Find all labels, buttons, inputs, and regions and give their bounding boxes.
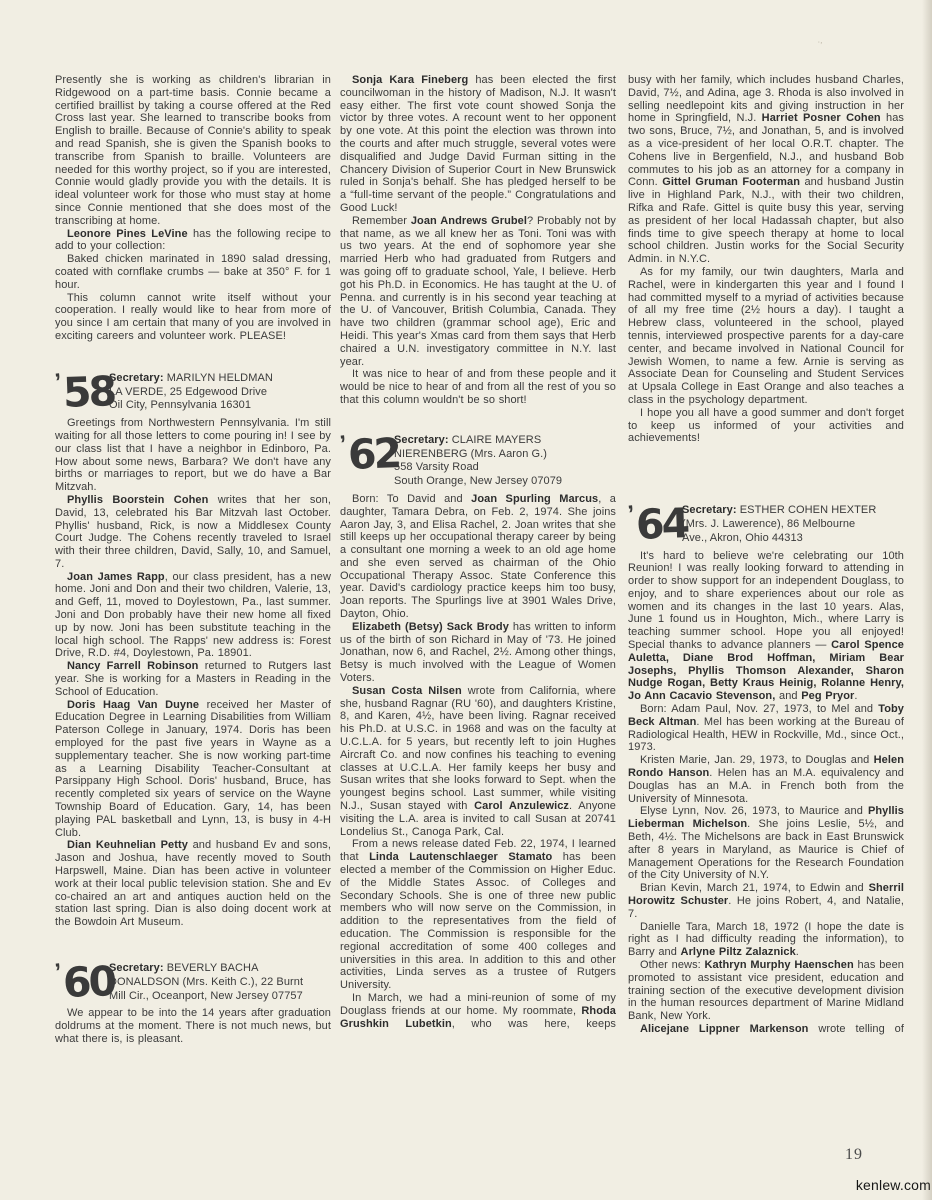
secretary-line: (Mrs. J. Lawerence), 86 Melbourne xyxy=(682,518,876,532)
paragraph: Baked chicken marinated in 1890 salad dr… xyxy=(55,253,331,291)
person-name: Carol Anzulewicz xyxy=(474,800,569,812)
body-text: Kristen Marie, Jan. 29, 1973, to Douglas… xyxy=(640,754,874,766)
secretary-address: Secretary: BEVERLY BACHADONALDSON (Mrs. … xyxy=(109,959,303,1003)
body-text: received her Master of Education Degree … xyxy=(55,699,331,839)
paragraph: Remember Joan Andrews Grubel? Probably n… xyxy=(340,215,616,369)
body-text: South Orange, New Jersey 07079 xyxy=(394,475,562,487)
secretary-address: Secretary: CLAIRE MAYERSNIERENBERG (Mrs.… xyxy=(394,431,562,489)
paragraph: Nancy Farrell Robinson returned to Rutge… xyxy=(55,660,331,698)
page-number: 19 xyxy=(845,1146,863,1164)
paragraph: As for my family, our twin daughters, Ma… xyxy=(628,266,904,407)
paragraph: Brian Kevin, March 21, 1974, to Edwin an… xyxy=(628,882,904,920)
person-name: Kathryn Murphy Haenschen xyxy=(705,959,854,971)
body-text: and husband Justin live in Highland Park… xyxy=(628,176,904,265)
person-name: Dian Keuhnelian Petty xyxy=(67,839,188,851)
secretary-line: LA VERDE, 25 Edgewood Drive xyxy=(109,386,273,400)
body-text: Mill Cir., Oceanport, New Jersey 07757 xyxy=(109,990,303,1002)
watermark: kenlew.com xyxy=(856,1177,931,1193)
person-name: Secretary: xyxy=(394,434,449,446)
person-name: Elizabeth (Betsy) Sack Brody xyxy=(352,621,509,633)
person-name: Joan James Rapp xyxy=(67,571,165,583)
body-text: has been elected the first councilwoman … xyxy=(340,74,616,214)
person-name: Secretary: xyxy=(109,372,164,384)
class-year-numeral: ’60 xyxy=(55,959,109,1001)
body-text: Born: To David and xyxy=(352,493,471,505)
paragraph: Greetings from Northwestern Pennsylvania… xyxy=(55,417,331,494)
paragraph: We appear to be into the 14 years after … xyxy=(55,1007,331,1045)
secretary-line: Ave., Akron, Ohio 44313 xyxy=(682,532,876,546)
paragraph: Born: Adam Paul, Nov. 27, 1973, to Mel a… xyxy=(628,703,904,754)
body-text: BEVERLY BACHA xyxy=(164,962,259,974)
paragraph: Susan Costa Nilsen wrote from California… xyxy=(340,685,616,839)
paragraph: Other news: Kathryn Murphy Haenschen has… xyxy=(628,959,904,1023)
body-text: (Mrs. J. Lawerence), 86 Melbourne xyxy=(682,518,855,530)
secretary-line: 558 Varsity Road xyxy=(394,461,562,475)
year-digits: 62 xyxy=(347,434,399,474)
paragraph: Doris Haag Van Duyne received her Master… xyxy=(55,699,331,840)
paragraph: Presently she is working as children's l… xyxy=(55,74,331,228)
body-text: and xyxy=(775,690,801,702)
paragraph: Danielle Tara, March 18, 1972 (I hope th… xyxy=(628,921,904,959)
paragraph: Joan James Rapp, our class president, ha… xyxy=(55,571,331,661)
body-text: Born: Adam Paul, Nov. 27, 1973, to Mel a… xyxy=(640,703,878,715)
person-name: Doris Haag Van Duyne xyxy=(67,699,199,711)
paragraph: I hope you all have a good summer and do… xyxy=(628,407,904,445)
paragraph: Kristen Marie, Jan. 29, 1973, to Douglas… xyxy=(628,754,904,805)
person-name: Joan Andrews Grubel xyxy=(411,215,527,227)
person-name: Secretary: xyxy=(109,962,164,974)
person-name: Nancy Farrell Robinson xyxy=(67,660,198,672)
body-text: wrote telling of xyxy=(808,1023,904,1035)
body-text: MARILYN HELDMAN xyxy=(164,372,273,384)
text-column-2: Sonja Kara Fineberg has been elected the… xyxy=(340,74,616,1030)
year-digits: 60 xyxy=(62,962,114,1002)
text-column-1: Presently she is working as children's l… xyxy=(55,74,331,1046)
person-name: Harriet Posner Cohen xyxy=(762,112,881,124)
class-year-numeral: ’64 xyxy=(628,501,682,543)
paragraph: Born: To David and Joan Spurling Marcus,… xyxy=(340,493,616,621)
class-year-section: ’64Secretary: ESTHER COHEN HEXTER(Mrs. J… xyxy=(628,501,904,545)
secretary-line: Secretary: CLAIRE MAYERS xyxy=(394,434,562,448)
body-text: Brian Kevin, March 21, 1974, to Edwin an… xyxy=(640,882,869,894)
paragraph: Phyllis Boorstein Cohen writes that her … xyxy=(55,494,331,571)
secretary-line: Secretary: ESTHER COHEN HEXTER xyxy=(682,504,876,518)
body-text: wrote from California, where she, husban… xyxy=(340,685,616,812)
body-text: Other news: xyxy=(640,959,705,971)
secretary-line: NIERENBERG (Mrs. Aaron G.) xyxy=(394,448,562,462)
body-text: , a daughter, Tamara Debra, on Feb. 2, 1… xyxy=(340,493,616,620)
paragraph: From a news release dated Feb. 22, 1974,… xyxy=(340,838,616,992)
body-text: Oil City, Pennsylvania 16301 xyxy=(109,399,251,411)
person-name: Peg Pryor xyxy=(801,690,854,702)
person-name: Gittel Gruman Footerman xyxy=(662,176,800,188)
body-text: It was nice to hear of and from these pe… xyxy=(340,368,616,406)
body-text: , our class president, has a new home. J… xyxy=(55,571,331,660)
person-name: Secretary: xyxy=(682,504,737,516)
secretary-line: Oil City, Pennsylvania 16301 xyxy=(109,399,273,413)
body-text: Ave., Akron, Ohio 44313 xyxy=(682,532,803,544)
body-text: This column cannot write itself without … xyxy=(55,292,331,342)
body-text: Elyse Lynn, Nov. 26, 1973, to Maurice an… xyxy=(640,805,868,817)
body-text: Remember xyxy=(352,215,411,227)
body-text: We appear to be into the 14 years after … xyxy=(55,1007,331,1045)
text-column-3: busy with her family, which includes hus… xyxy=(628,74,904,1036)
class-year-numeral: ’58 xyxy=(55,369,109,411)
person-name: Leonore Pines LeVine xyxy=(67,228,188,240)
class-year-section: ’60Secretary: BEVERLY BACHADONALDSON (Mr… xyxy=(55,959,331,1003)
paragraph: Leonore Pines LeVine has the following r… xyxy=(55,228,331,254)
body-text: Greetings from Northwestern Pennsylvania… xyxy=(55,417,331,493)
person-name: Alicejane Lippner Markenson xyxy=(640,1023,808,1035)
secretary-line: Secretary: BEVERLY BACHA xyxy=(109,962,303,976)
body-text: Baked chicken marinated in 1890 salad dr… xyxy=(55,253,331,291)
body-text: . xyxy=(854,690,857,702)
secretary-line: South Orange, New Jersey 07079 xyxy=(394,475,562,489)
body-text: NIERENBERG (Mrs. Aaron G.) xyxy=(394,448,547,460)
class-year-section: ’58Secretary: MARILYN HELDMANLA VERDE, 2… xyxy=(55,369,331,413)
scan-smudge: ., xyxy=(817,34,835,47)
secretary-address: Secretary: MARILYN HELDMANLA VERDE, 25 E… xyxy=(109,369,273,413)
body-text: In March, we had a mini-reunion of some … xyxy=(340,992,616,1017)
person-name: Phyllis Boorstein Cohen xyxy=(67,494,208,506)
class-year-numeral: ’62 xyxy=(340,431,394,473)
body-text: 558 Varsity Road xyxy=(394,461,479,473)
body-text: Presently she is working as children's l… xyxy=(55,74,331,227)
paragraph: Elizabeth (Betsy) Sack Brody has written… xyxy=(340,621,616,685)
paragraph: Elyse Lynn, Nov. 26, 1973, to Maurice an… xyxy=(628,805,904,882)
body-text: It's hard to believe we're celebrating o… xyxy=(628,550,904,652)
year-digits: 64 xyxy=(635,504,687,544)
body-text: , who was here, keeps xyxy=(452,1018,616,1030)
person-name: Sonja Kara Fineberg xyxy=(352,74,468,86)
body-text: CLAIRE MAYERS xyxy=(449,434,542,446)
scan-edge-shadow xyxy=(922,0,932,1200)
paragraph: Alicejane Lippner Markenson wrote tellin… xyxy=(628,1023,904,1036)
secretary-line: Mill Cir., Oceanport, New Jersey 07757 xyxy=(109,990,303,1004)
secretary-address: Secretary: ESTHER COHEN HEXTER(Mrs. J. L… xyxy=(682,501,876,545)
paragraph: In March, we had a mini-reunion of some … xyxy=(340,992,616,1030)
person-name: Susan Costa Nilsen xyxy=(352,685,462,697)
body-text: I hope you all have a good summer and do… xyxy=(628,407,904,445)
body-text: LA VERDE, 25 Edgewood Drive xyxy=(109,386,267,398)
year-digits: 58 xyxy=(62,372,114,412)
person-name: Arlyne Piltz Zalaznick xyxy=(681,946,796,958)
paragraph: Sonja Kara Fineberg has been elected the… xyxy=(340,74,616,215)
paragraph: Dian Keuhnelian Petty and husband Ev and… xyxy=(55,839,331,929)
body-text: and husband Ev and sons, Jason and Joshu… xyxy=(55,839,331,928)
body-text: ? Probably not by that name, as we all k… xyxy=(340,215,616,368)
body-text: ESTHER COHEN HEXTER xyxy=(737,504,877,516)
body-text: . xyxy=(796,946,799,958)
paragraph: It was nice to hear of and from these pe… xyxy=(340,368,616,406)
paragraph: busy with her family, which includes hus… xyxy=(628,74,904,266)
paragraph: It's hard to believe we're celebrating o… xyxy=(628,550,904,704)
magazine-page: ., Presently she is working as children'… xyxy=(0,0,932,1200)
secretary-line: Secretary: MARILYN HELDMAN xyxy=(109,372,273,386)
class-year-section: ’62Secretary: CLAIRE MAYERSNIERENBERG (M… xyxy=(340,431,616,489)
body-text: has been elected a member of the Commiss… xyxy=(340,851,616,991)
body-text: DONALDSON (Mrs. Keith C.), 22 Burnt xyxy=(109,976,303,988)
body-text: As for my family, our twin daughters, Ma… xyxy=(628,266,904,406)
paragraph: This column cannot write itself without … xyxy=(55,292,331,343)
person-name: Linda Lautenschlaeger Stamato xyxy=(369,851,552,863)
secretary-line: DONALDSON (Mrs. Keith C.), 22 Burnt xyxy=(109,976,303,990)
person-name: Joan Spurling Marcus xyxy=(471,493,598,505)
